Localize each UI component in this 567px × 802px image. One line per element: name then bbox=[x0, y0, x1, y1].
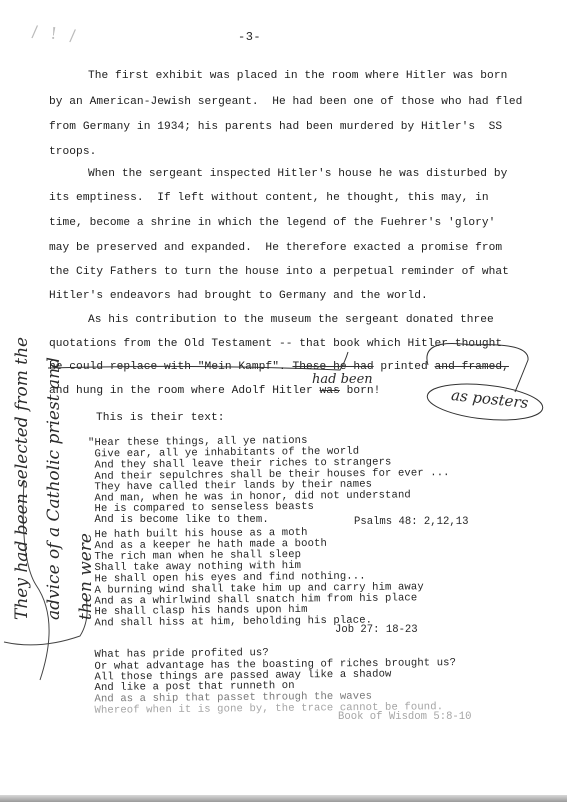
handwritten-margin-note: They had been selected from the advice o… bbox=[4, 240, 114, 620]
citation-job: Job 27: 18-23 bbox=[335, 624, 418, 636]
margin-note-line-3: then were bbox=[76, 533, 96, 620]
verse-line: And is become like to them. bbox=[88, 514, 269, 526]
scan-edge bbox=[0, 795, 567, 802]
margin-note-line-2: advice of a Catholic priest and bbox=[44, 357, 64, 620]
margin-note-line-1: They had been selected from the bbox=[12, 337, 32, 620]
quotation-intro: This is their text: bbox=[96, 412, 225, 424]
document-page: / ! / -3- The first exhibit was placed i… bbox=[0, 0, 567, 802]
citation-wisdom: Book of Wisdom 5:8-10 bbox=[338, 711, 472, 723]
citation-psalms: Psalms 48: 2,12,13 bbox=[354, 516, 468, 528]
